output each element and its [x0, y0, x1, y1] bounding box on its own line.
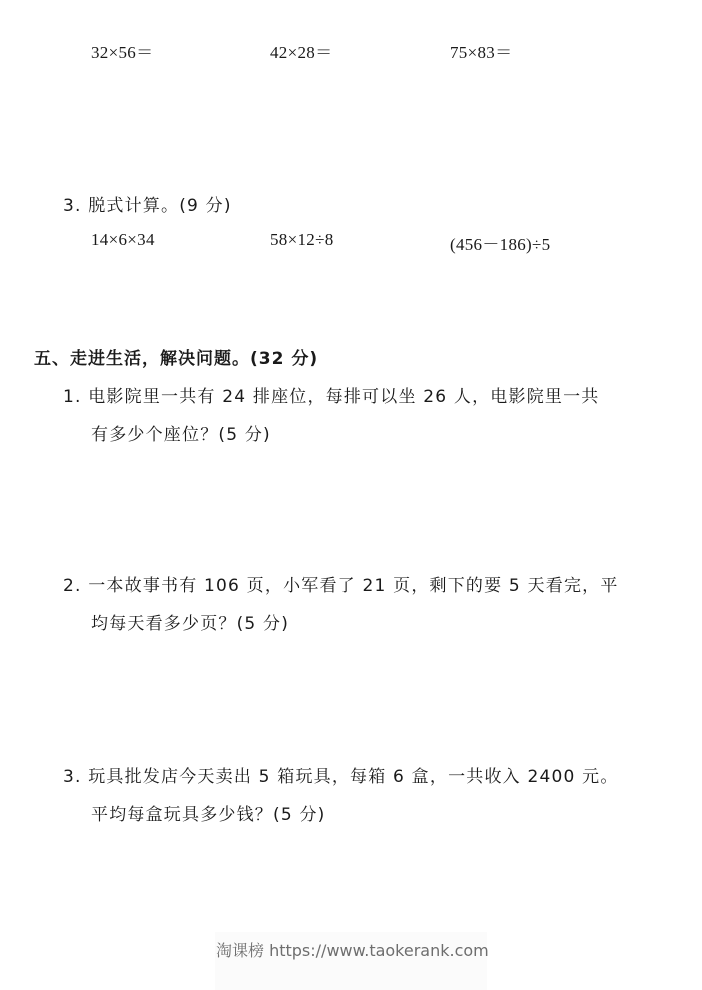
problem-2-line-2: 均每天看多少页？(5 分) — [91, 609, 289, 634]
problem-1-line-1: 1. 电影院里一共有 24 排座位，每排可以坐 26 人，电影院里一共 — [63, 382, 600, 407]
section-five-title: 五、走进生活，解决问题。(32 分) — [34, 344, 318, 369]
problem-3-line-1: 3. 玩具批发店今天卖出 5 箱玩具，每箱 6 盒，一共收入 2400 元。 — [63, 762, 619, 787]
step-calc-item-1: 14×6×34 — [91, 230, 155, 250]
vertical-calc-item-2: 42×28＝ — [270, 38, 332, 63]
step-calc-heading: 3. 脱式计算。(9 分) — [63, 191, 232, 216]
problem-2-line-1: 2. 一本故事书有 106 页，小军看了 21 页，剩下的要 5 天看完，平 — [63, 571, 619, 596]
problem-1-line-2: 有多少个座位？(5 分) — [91, 420, 271, 445]
step-calc-item-3: (456－186)÷5 — [450, 230, 550, 255]
vertical-calc-item-1: 32×56＝ — [91, 38, 153, 63]
step-calc-item-2: 58×12÷8 — [270, 230, 334, 250]
vertical-calc-item-3: 75×83＝ — [450, 38, 512, 63]
problem-3-line-2: 平均每盒玩具多少钱？(5 分) — [91, 800, 325, 825]
watermark-text: 淘课榜 https://www.taokerank.com — [216, 938, 489, 961]
